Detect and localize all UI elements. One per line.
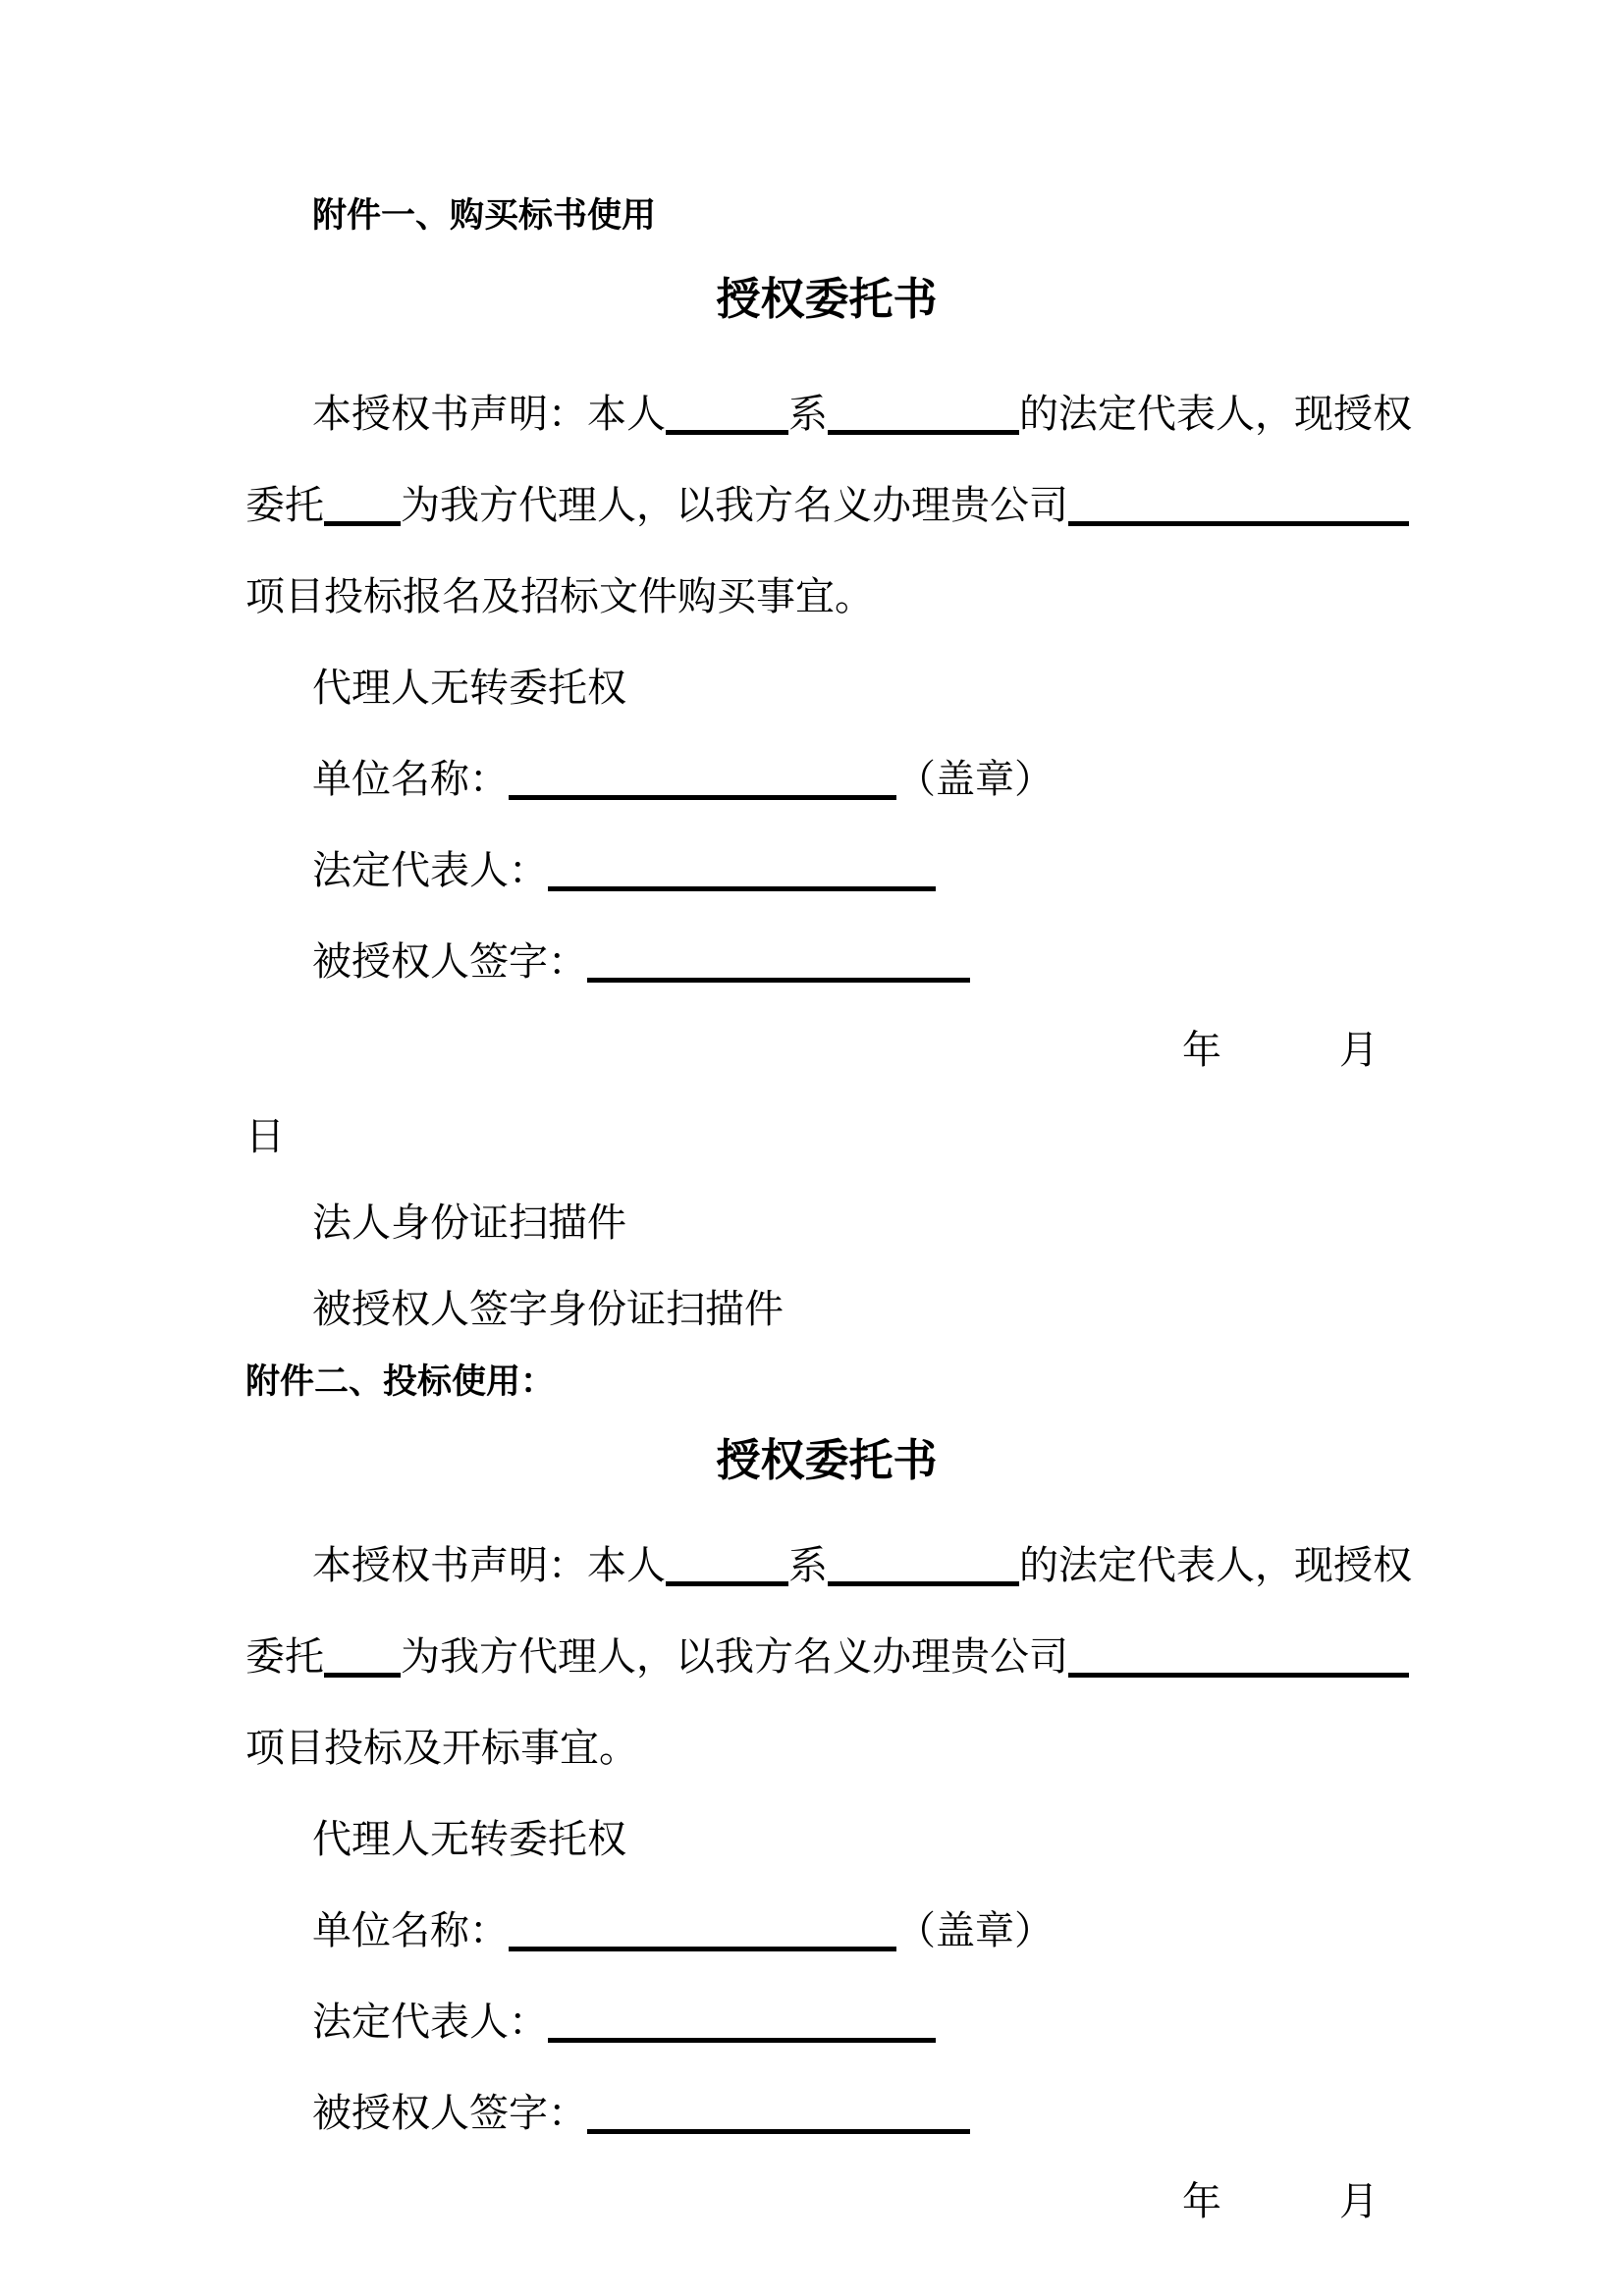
blank-unit-name xyxy=(509,1947,896,1951)
declaration-text: 本授权书声明：本人 xyxy=(312,1543,666,1587)
legal-rep-label: 法定代表人： xyxy=(312,848,548,892)
section1-declaration-line-2: 委托为我方代理人，以我方名义办理贵公司 xyxy=(245,459,1408,551)
year-label: 年 xyxy=(1182,2179,1221,2223)
blank-agent-name xyxy=(324,521,401,526)
section2-declaration-line-3: 项目投标及开标事宜。 xyxy=(245,1702,1408,1793)
section1-title: 授权委托书 xyxy=(245,250,1408,348)
section1-declaration-line-1: 本授权书声明：本人系的法定代表人，现授权 xyxy=(245,368,1408,459)
attachment1-heading: 附件一、购买标书使用 xyxy=(245,182,1408,250)
section2-unit-name-line: 单位名称：（盖章） xyxy=(245,1885,1408,1976)
section2-no-transfer-line: 代理人无转委托权 xyxy=(245,1793,1408,1885)
section2-authorized-signature-line: 被授权人签字： xyxy=(245,2067,1408,2159)
blank-organization-name xyxy=(828,430,1019,435)
attachment2-heading: 附件二、投标使用： xyxy=(245,1353,1408,1412)
section2-legal-rep-line: 法定代表人： xyxy=(245,1976,1408,2067)
month-label: 月 xyxy=(1339,1028,1379,1072)
blank-principal-name xyxy=(666,1581,788,1586)
section2-declaration-line-2: 委托为我方代理人，以我方名义办理贵公司 xyxy=(245,1611,1408,1702)
declaration-text: 的法定代表人，现授权 xyxy=(1019,1543,1412,1587)
authorized-id-scan-text: 被授权人签字身份证扫描件 xyxy=(312,1287,784,1331)
year-label: 年 xyxy=(1182,1028,1221,1072)
declaration-text: 项目投标报名及招标文件购买事宜。 xyxy=(245,574,874,618)
blank-organization-name xyxy=(828,1581,1019,1586)
section1-authorized-signature-line: 被授权人签字： xyxy=(245,916,1408,1007)
declaration-text: 的法定代表人，现授权 xyxy=(1019,392,1412,436)
section1-no-transfer-line: 代理人无转委托权 xyxy=(245,642,1408,733)
unit-name-label: 单位名称： xyxy=(312,1908,509,1952)
blank-authorized-signature xyxy=(587,978,970,983)
blank-principal-name xyxy=(666,430,788,435)
declaration-text: 为我方代理人，以我方名义办理贵公司 xyxy=(401,483,1068,527)
authorized-signature-label: 被授权人签字： xyxy=(312,939,587,984)
section2-date-line: 年月 xyxy=(245,2159,1408,2245)
section1-day-line: 日 xyxy=(245,1094,1408,1180)
month-label: 月 xyxy=(1339,2179,1379,2223)
day-label: 日 xyxy=(245,1114,285,1158)
no-transfer-text: 代理人无转委托权 xyxy=(312,1817,626,1861)
section2-declaration-line-1: 本授权书声明：本人系的法定代表人，现授权 xyxy=(245,1520,1408,1611)
declaration-text: 本授权书声明：本人 xyxy=(312,392,666,436)
declaration-text: 为我方代理人，以我方名义办理贵公司 xyxy=(401,1634,1068,1679)
declaration-text: 系 xyxy=(788,392,828,436)
blank-authorized-signature xyxy=(587,2129,970,2134)
section1-legal-rep-line: 法定代表人： xyxy=(245,825,1408,916)
section1-authorized-id-scan-line: 被授权人签字身份证扫描件 xyxy=(245,1266,1408,1353)
seal-note: （盖章） xyxy=(896,1908,1054,1952)
section1-declaration-line-3: 项目投标报名及招标文件购买事宜。 xyxy=(245,551,1408,642)
section2-title: 授权委托书 xyxy=(245,1412,1408,1510)
blank-agent-name xyxy=(324,1673,401,1678)
section1-date-line: 年月 xyxy=(245,1007,1408,1094)
blank-project-name xyxy=(1068,521,1409,526)
legal-rep-label: 法定代表人： xyxy=(312,2000,548,2044)
document-page: 附件一、购买标书使用 授权委托书 本授权书声明：本人系的法定代表人，现授权 委托… xyxy=(0,0,1624,2296)
unit-name-label: 单位名称： xyxy=(312,757,509,801)
blank-unit-name xyxy=(509,795,896,800)
declaration-text: 委托 xyxy=(245,483,324,527)
blank-project-name xyxy=(1068,1673,1409,1678)
seal-note: （盖章） xyxy=(896,757,1054,801)
section1-unit-name-line: 单位名称：（盖章） xyxy=(245,733,1408,825)
declaration-text: 系 xyxy=(788,1543,828,1587)
declaration-text: 项目投标及开标事宜。 xyxy=(245,1726,638,1770)
legal-id-scan-text: 法人身份证扫描件 xyxy=(312,1201,626,1245)
blank-legal-rep-signature xyxy=(548,886,936,891)
authorized-signature-label: 被授权人签字： xyxy=(312,2091,587,2135)
blank-legal-rep-signature xyxy=(548,2038,936,2043)
no-transfer-text: 代理人无转委托权 xyxy=(312,666,626,710)
section1-legal-id-scan-line: 法人身份证扫描件 xyxy=(245,1180,1408,1266)
declaration-text: 委托 xyxy=(245,1634,324,1679)
